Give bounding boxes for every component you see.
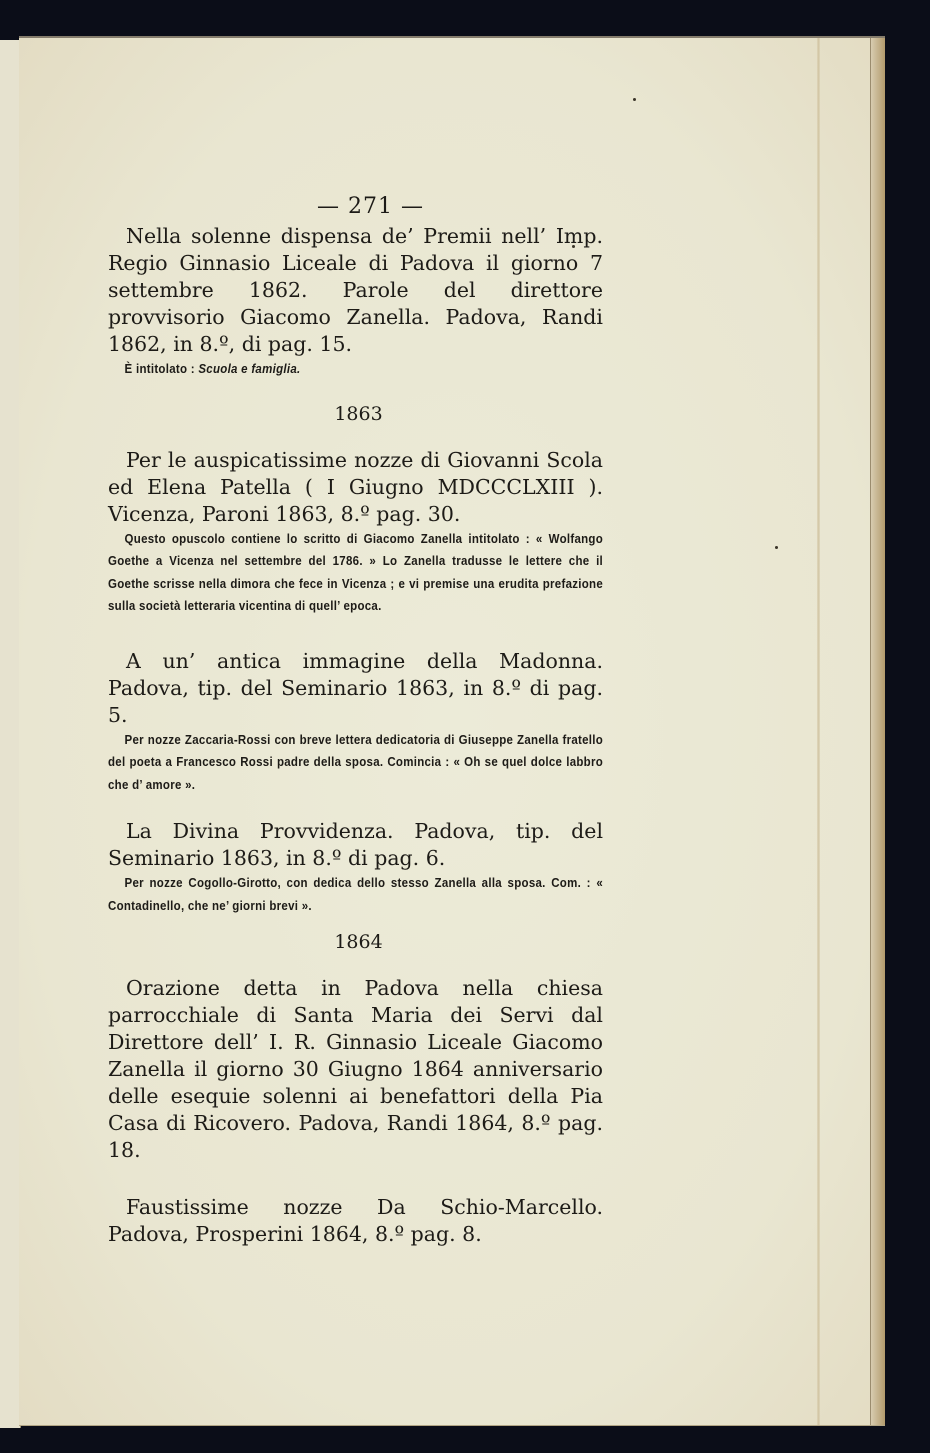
- entry-antica-immagine: A un’ antica immagine della Madonna. Pad…: [108, 648, 603, 797]
- previous-page-edge: [0, 40, 21, 1428]
- entry-note: Per nozze Zaccaria-Rossi con breve lette…: [108, 729, 603, 797]
- page-text-column: — 271 — Nella solenne dispensa de’ Premi…: [108, 194, 603, 1248]
- entry-citation: Orazione detta in Padova nella chiesa pa…: [108, 975, 603, 1164]
- year-heading-1863: 1863: [108, 403, 603, 425]
- page-number: — 271 —: [108, 194, 603, 219]
- entry-scola-patella: Per le auspicatissime nozze di Giovanni …: [108, 447, 603, 618]
- entry-faustissime-nozze: Faustissime nozze Da Schio-Marcello. Pad…: [108, 1194, 603, 1248]
- year-heading-1864: 1864: [108, 931, 603, 953]
- entry-citation: A un’ antica immagine della Madonna. Pad…: [108, 648, 603, 729]
- note-title: Scuola e famiglia.: [198, 362, 300, 376]
- entry-citation: Faustissime nozze Da Schio-Marcello. Pad…: [108, 1194, 603, 1248]
- note-prefix: È intitolato :: [125, 362, 195, 376]
- entry-citation: La Divina Provvidenza. Padova, tip. del …: [108, 818, 603, 872]
- ink-speck: [775, 546, 778, 549]
- entry-note: Per nozze Cogollo-Girotto, con dedica de…: [108, 872, 603, 917]
- ink-speck: [633, 98, 636, 101]
- entry-note: Questo opuscolo contiene lo scritto di G…: [108, 528, 603, 618]
- entry-note: È intitolato : Scuola e famiglia.: [108, 358, 603, 381]
- entry-divina-provvidenza: La Divina Provvidenza. Padova, tip. del …: [108, 818, 603, 917]
- entry-orazione: Orazione detta in Padova nella chiesa pa…: [108, 975, 603, 1164]
- entry-citation: Per le auspicatissime nozze di Giovanni …: [108, 447, 603, 528]
- page-right-edge: [870, 38, 885, 1425]
- entry-1862: Nella solenne dispensa de’ Premii nell’ …: [108, 223, 603, 381]
- page-fold-line: [817, 38, 820, 1425]
- entry-citation: Nella solenne dispensa de’ Premii nell’ …: [108, 223, 603, 358]
